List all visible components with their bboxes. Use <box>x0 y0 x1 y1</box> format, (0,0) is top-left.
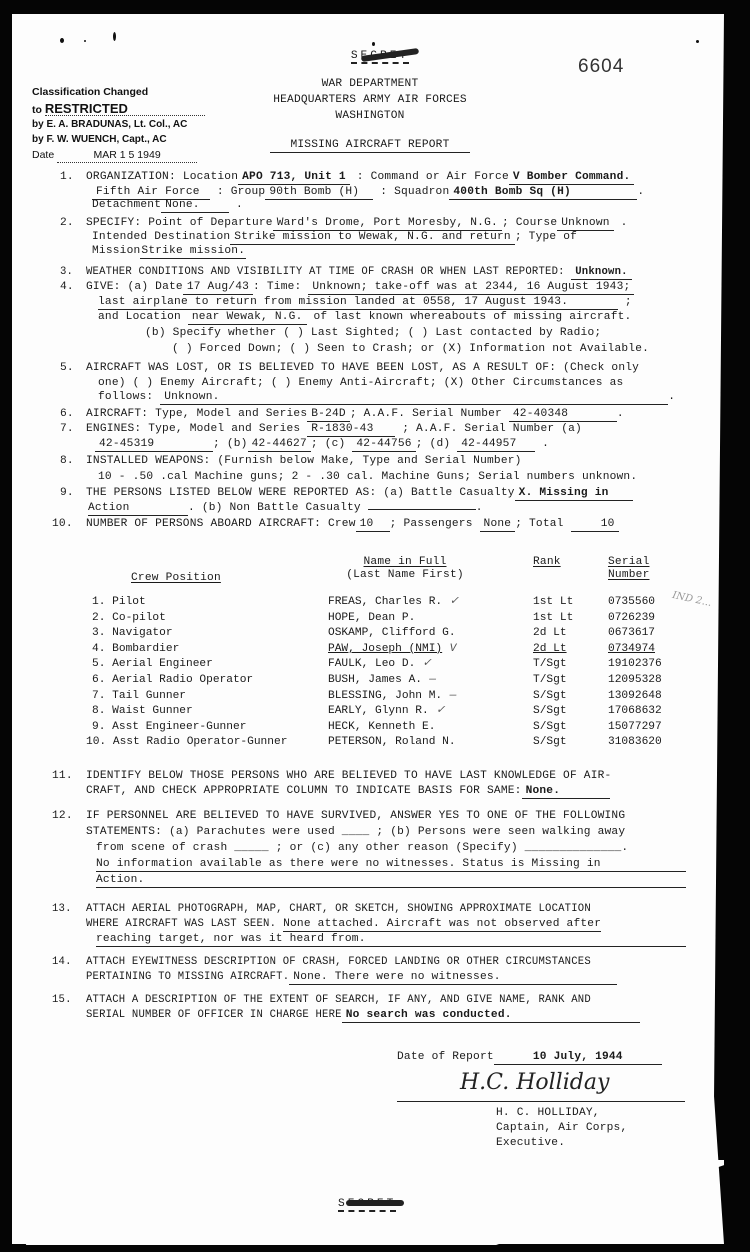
crew-serial: 0735560 <box>608 596 655 609</box>
item-4-line3: and Location near Wewak, N.G. of last kn… <box>98 311 631 325</box>
crew-position: 3. Navigator <box>92 627 173 640</box>
item-4-line1: 4.GIVE: (a) Date17 Aug/43: Time: Unknown… <box>60 281 634 295</box>
search-value: No search was conducted. <box>342 1009 640 1023</box>
classification-bottom: SECRET <box>338 1198 396 1211</box>
item-6: 6.AIRCRAFT: Type, Model and SeriesB-24D;… <box>60 408 624 422</box>
crew-name: EARLY, Glynn R. <box>328 705 429 718</box>
item-3: 3.WEATHER CONDITIONS AND VISIBILITY AT T… <box>60 266 632 280</box>
item-5-line2: one) ( ) Enemy Aircraft; ( ) Enemy Anti-… <box>98 377 623 390</box>
speck <box>113 32 116 41</box>
date-of-report: Date of Report10 July, 1944 <box>397 1051 662 1065</box>
weapons-value: 10 - .50 .cal Machine guns; 2 - .30 cal.… <box>98 471 637 484</box>
eyewitness-value: None. There were no witnesses. <box>289 971 617 985</box>
crew-rank: 1st Lt <box>533 596 573 609</box>
total-value: 10 <box>571 518 619 532</box>
crew-serial: 15077297 <box>608 721 662 734</box>
crew-position: 9. Asst Engineer-Gunner <box>92 721 246 734</box>
declass-stamp-date: Date MAR 1 5 1949 <box>32 149 197 163</box>
battle-casualty-value: X. Missing in <box>515 487 633 501</box>
crew-position: 8. Waist Gunner <box>92 705 193 718</box>
mission-type-value: Strike mission. <box>140 245 246 259</box>
survival-value-line2: Action. <box>96 874 686 888</box>
page-title: MISSING AIRCRAFT REPORT <box>270 139 470 153</box>
air-force-value: Fifth Air Force <box>92 186 210 200</box>
squadron-value: 400th Bomb Sq (H) <box>449 186 637 200</box>
item-10: 10.NUMBER OF PERSONS ABOARD AIRCRAFT: Cr… <box>52 518 619 532</box>
item-4b-line2: ( ) Forced Down; ( ) Seen to Crash; or (… <box>172 343 649 356</box>
crew-name: BLESSING, John M. <box>328 690 442 703</box>
speck <box>60 38 64 43</box>
item-11-line2: CRAFT, AND CHECK APPROPRIATE COLUMN TO I… <box>86 785 610 799</box>
departure-value: Ward's Drome, Port Moresby, N.G. <box>273 217 502 231</box>
crew-rank: 2d Lt <box>533 643 567 656</box>
item-13-line2: WHERE AIRCRAFT WAS LAST SEEN. None attac… <box>86 918 601 932</box>
signature: H.C. Holliday <box>460 1070 609 1095</box>
item-14-line2: PERTAINING TO MISSING AIRCRAFT.None. The… <box>86 971 617 985</box>
signer-rank: Captain, Air Corps, <box>496 1122 627 1135</box>
item-5-line3: follows: Unknown.. <box>98 391 675 405</box>
crew-count-value: 10 <box>356 518 390 532</box>
passengers-value: None <box>480 518 516 532</box>
crew-position: 1. Pilot <box>92 596 146 609</box>
declass-stamp-by2: by F. W. WUENCH, Capt., AC <box>32 133 167 146</box>
crew-position: 10. Asst Radio Operator-Gunner <box>86 736 287 749</box>
crew-rank: T/Sgt <box>533 674 567 687</box>
crew-name: FAULK, Leo D. <box>328 658 415 671</box>
crew-rank: S/Sgt <box>533 721 567 734</box>
photo-value-line1: None attached. Aircraft was not observed… <box>283 918 601 932</box>
crew-name: BUSH, James A. <box>328 674 422 687</box>
crew-name: FREAS, Charles R. <box>328 596 442 609</box>
header-hq: HEADQUARTERS ARMY AIR FORCES <box>240 94 500 107</box>
header-city: WASHINGTON <box>240 110 500 123</box>
photo-value-line2: reaching target, nor was it heard from. <box>96 933 686 947</box>
speck <box>696 40 699 43</box>
signer-name: H. C. HOLLIDAY, <box>496 1107 600 1120</box>
course-value: Unknown <box>557 217 613 231</box>
detachment-value: None. <box>161 199 229 213</box>
engine-d-serial: 42-44957 <box>457 438 535 452</box>
signature-line <box>397 1101 685 1102</box>
non-battle-casualty-value <box>368 509 476 510</box>
header-rank: Rank <box>533 556 561 569</box>
engine-type-value: R-1830-43 <box>307 423 395 437</box>
engine-b-serial: 42-44627 <box>248 438 311 452</box>
declass-to-value: RESTRICTED <box>45 102 205 116</box>
aircraft-type-value: B-24D <box>307 408 350 422</box>
weather-value: Unknown. <box>571 266 631 280</box>
crew-rank: 1st Lt <box>533 612 573 625</box>
item-13-line1: 13.ATTACH AERIAL PHOTOGRAPH, MAP, CHART,… <box>52 903 591 916</box>
speck <box>84 40 86 42</box>
crew-name: PETERSON, Roland N. <box>328 736 456 749</box>
date-value: 17 Aug/43 <box>183 281 253 295</box>
header-name: Name in Full (Last Name First) <box>330 556 480 582</box>
item-1-line3: DetachmentNone. . <box>92 199 243 213</box>
item-14-line1: 14.ATTACH EYEWITNESS DESCRIPTION OF CRAS… <box>52 956 591 969</box>
item-12-line3: from scene of crash _____ ; or (c) any o… <box>96 842 628 855</box>
header-dept: WAR DEPARTMENT <box>240 78 500 91</box>
crew-position: 5. Aerial Engineer <box>92 658 213 671</box>
declass-date-value: MAR 1 5 1949 <box>57 149 197 163</box>
crew-serial: 13092648 <box>608 690 662 703</box>
time-value: Unknown; take-off was at 2344, 16 August… <box>308 281 634 295</box>
crew-position: 4. Bombardier <box>92 643 179 656</box>
crew-name: HOPE, Dean P. <box>328 612 415 625</box>
document-number: 6604 <box>578 56 624 78</box>
signer-title: Executive. <box>496 1137 565 1150</box>
item-4-line2: last airplane to return from mission lan… <box>98 296 632 310</box>
declass-stamp-line1: Classification Changed <box>32 86 148 99</box>
group-value: 90th Bomb (H) <box>265 186 373 200</box>
crew-serial: 0734974 <box>608 643 655 656</box>
engine-a-serial: 42-45319 <box>95 438 213 452</box>
last-knowledge-value: None. <box>522 785 610 799</box>
crew-rank: T/Sgt <box>533 658 567 671</box>
crew-name: PAW, Joseph (NMI) <box>328 643 442 656</box>
crew-serial: 31083620 <box>608 736 662 749</box>
item-2-line3: MissionStrike mission. <box>92 245 246 259</box>
item-7-line1: 7.ENGINES: Type, Model and Series R-1830… <box>60 423 582 437</box>
check-mark-icon: — <box>429 674 436 687</box>
item-1-line1: 1.ORGANIZATION: LocationAPO 713, Unit 1 … <box>60 171 634 185</box>
item-11-line1: 11.IDENTIFY BELOW THOSE PERSONS WHO ARE … <box>52 770 611 783</box>
header-position: Crew Position <box>131 572 221 585</box>
declass-stamp-by1: by E. A. BRADUNAS, Lt. Col., AC <box>32 118 187 131</box>
item-9-line1: 9.THE PERSONS LISTED BELOW WERE REPORTED… <box>60 487 633 501</box>
crew-serial: 12095328 <box>608 674 662 687</box>
destination-value: Strike mission to Wewak, N.G. and return <box>230 231 515 245</box>
item-5-line1: 5.AIRCRAFT WAS LOST, OR IS BELIEVED TO H… <box>60 362 639 375</box>
check-mark-icon: ✓ <box>422 658 431 671</box>
crew-serial: 0673617 <box>608 627 655 640</box>
item-7-line2: 42-45319; (b)42-44627; (c) 42-44756; (d)… <box>95 438 549 452</box>
item-15-line1: 15.ATTACH A DESCRIPTION OF THE EXTENT OF… <box>52 994 591 1007</box>
declass-stamp-to: to RESTRICTED <box>32 102 205 117</box>
item-15-line2: SERIAL NUMBER OF OFFICER IN CHARGE HEREN… <box>86 1009 640 1023</box>
crew-serial: 17068632 <box>608 705 662 718</box>
check-mark-icon: V <box>450 643 457 656</box>
aircraft-serial-value: 42-40348 <box>509 408 617 422</box>
engine-c-serial: 42-44756 <box>352 438 415 452</box>
crew-position: 7. Tail Gunner <box>92 690 186 703</box>
item-9-line2: Action. (b) Non Battle Casualty . <box>88 502 483 516</box>
item-12-line1: 12.IF PERSONNEL ARE BELIEVED TO HAVE SUR… <box>52 810 625 823</box>
crew-position: 6. Aerial Radio Operator <box>92 674 253 687</box>
item-4b-line1: (b) Specify whether ( ) Last Sighted; ( … <box>145 327 601 340</box>
item-8-line1: 8.INSTALLED WEAPONS: (Furnish below Make… <box>60 455 522 468</box>
crew-name: HECK, Kenneth E. <box>328 721 435 734</box>
crew-rank: 2d Lt <box>533 627 567 640</box>
crew-rank: S/Sgt <box>533 690 567 703</box>
circumstances-value: Unknown. <box>160 391 668 405</box>
command-value: V Bomber Command. <box>509 171 635 185</box>
crew-serial: 0726239 <box>608 612 655 625</box>
crew-position: 2. Co-pilot <box>92 612 166 625</box>
speck <box>372 42 375 46</box>
last-location-value: near Wewak, N.G. <box>188 311 307 325</box>
check-mark-icon: — <box>450 690 457 703</box>
check-mark-icon: ✓ <box>436 705 445 718</box>
item-2-line1: 2.SPECIFY: Point of DepartureWard's Drom… <box>60 217 627 231</box>
time-continued-value: last airplane to return from mission lan… <box>98 296 618 310</box>
strike-through-mark <box>346 1200 404 1206</box>
crew-rank: S/Sgt <box>533 736 567 749</box>
item-12-line2: STATEMENTS: (a) Parachutes were used ___… <box>86 826 625 839</box>
item-1-line2: Fifth Air Force : Group90th Bomb (H) : S… <box>92 186 644 200</box>
battle-casualty-value-cont: Action <box>88 502 188 516</box>
crew-rank: S/Sgt <box>533 705 567 718</box>
crew-serial: 19102376 <box>608 658 662 671</box>
classification-top: SECRET <box>335 50 425 63</box>
survival-value-line1: No information available as there were n… <box>96 858 686 872</box>
header-serial: Serial Number <box>608 556 649 582</box>
location-value: APO 713, Unit 1 <box>238 171 350 185</box>
report-date-value: 10 July, 1944 <box>494 1051 662 1065</box>
crew-name: OSKAMP, Clifford G. <box>328 627 456 640</box>
check-mark-icon: ✓ <box>450 596 459 609</box>
item-2-line2: Intended DestinationStrike mission to We… <box>92 231 577 245</box>
